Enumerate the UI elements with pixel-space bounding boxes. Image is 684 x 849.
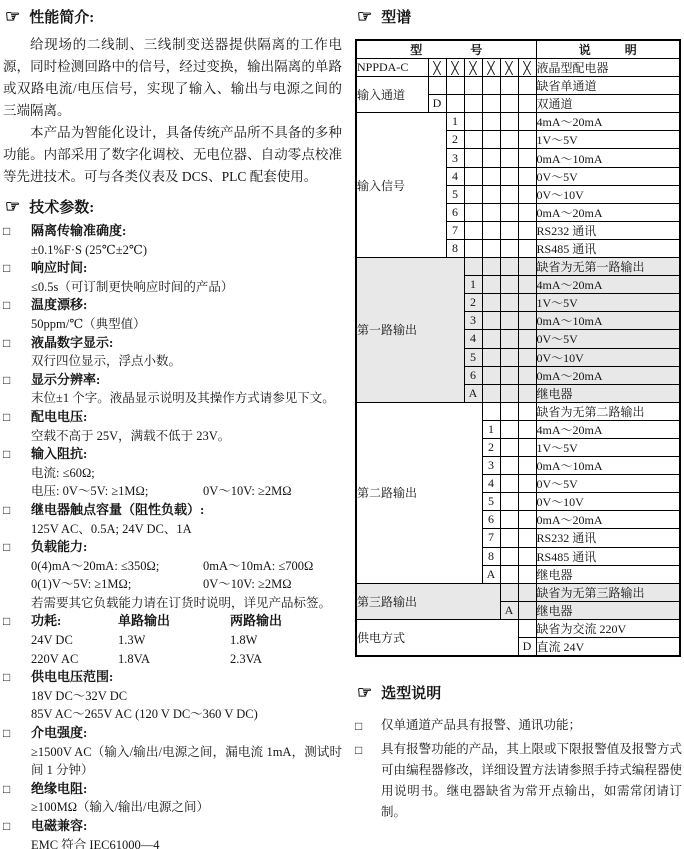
option-code-cell: 8 [482,547,500,565]
option-code-cell: 3 [446,149,464,167]
param-value-line: ≤0.5s（可订制更快响应时间的产品） [3,278,342,297]
empty-code-cell [518,149,536,167]
param-value: 0V～10V: ≥2MΩ [203,482,342,501]
option-code-cell [500,583,518,601]
empty-code-cell [464,167,482,185]
option-code-cell: 2 [446,131,464,149]
header-char: 型 [410,41,422,58]
power-column-header: 两路输出 [230,612,342,631]
empty-code-cell [464,221,482,239]
param-term-row: □负载能力: [3,538,342,557]
pointing-hand-icon: ☞ [5,8,20,25]
square-bullet-icon: □ [3,371,31,390]
option-code-cell [482,402,500,420]
option-row: 第三路输出缺省为无第三路输出 [356,583,680,601]
selection-item: □具有报警功能的产品，其上限或下限报警值及报警方式可由编程器修改，详细设置方法请… [355,739,682,823]
option-desc-cell: RS485 通讯 [536,547,680,565]
intro-title: 性能简介: [29,6,94,27]
param-term-row: □电磁兼容: [3,817,342,836]
empty-code-cell [500,384,518,402]
param-value-line: ±0.1%F·S (25℃±2℃) [3,241,342,260]
empty-code-cell [446,77,464,95]
empty-code-cell [482,348,500,366]
empty-code-cell [500,402,518,420]
pointing-hand-icon: ☞ [357,684,372,701]
empty-code-cell [518,438,536,456]
param-value-pair: 电压: 0V～5V: ≥1MΩ;0V～10V: ≥2MΩ [3,482,342,501]
power-value: 1.3W [118,631,230,650]
empty-code-cell [464,203,482,221]
option-code-cell: 5 [446,185,464,203]
option-desc-cell: 0mA～20mA [536,366,680,384]
param-term-row: □温度漂移: [3,296,342,315]
option-code-cell: 7 [446,221,464,239]
param-value-line: ≥1500V AC（输入/输出/电源之间，漏电流 1mA，测试时间 1 分钟） [3,743,342,780]
empty-code-cell [518,511,536,529]
option-code-cell: D [428,95,446,113]
empty-code-cell [500,348,518,366]
power-value: 1.8VA [118,650,230,669]
empty-code-cell [518,77,536,95]
param-term-row: □功耗:单路输出两路输出 [3,612,342,631]
power-header-row: 功耗:单路输出两路输出 [31,612,342,631]
option-desc-cell: 0V～5V [536,167,680,185]
power-value: 1.8W [230,631,342,650]
params-title: 技术参数: [29,196,94,217]
option-desc-cell: 直流 24V [536,638,680,657]
option-desc-cell: 缺省为无第三路输出 [536,583,680,601]
empty-code-cell [500,420,518,438]
option-desc-cell: 0mA～10mA [536,457,680,475]
empty-code-cell [518,583,536,601]
power-value: 24V DC [31,631,118,650]
description-header: 说明 [536,40,680,59]
option-code-cell: 6 [482,511,500,529]
empty-code-cell [518,601,536,619]
empty-code-cell [518,330,536,348]
empty-code-cell [518,348,536,366]
param-term-row: □输入阻抗: [3,445,342,464]
empty-code-cell [518,529,536,547]
section-label-cell: 第一路输出 [356,258,464,403]
empty-code-cell [482,366,500,384]
param-value-line: EMC 符合 IEC61000—4 [3,836,342,849]
selection-text: 具有报警功能的产品，其上限或下限报警值及报警方式可由编程器修改，详细设置方法请参… [381,739,682,823]
header-char: 号 [470,41,482,58]
option-desc-cell: 0V～10V [536,185,680,203]
param-term-row: □继电器触点容量（阻性负载）: [3,501,342,520]
section-label-cell: 第二路输出 [356,402,482,583]
option-code-cell: D [518,638,536,657]
power-value-row: 220V AC1.8VA2.3VA [3,650,342,669]
option-desc-cell: 0mA～20mA [536,511,680,529]
power-value: 2.3VA [230,650,342,669]
empty-code-cell [500,565,518,583]
square-bullet-icon: □ [3,817,31,836]
header-char: 明 [625,41,637,58]
pointing-hand-icon: ☞ [5,198,20,215]
empty-code-cell [518,131,536,149]
empty-code-cell [500,221,518,239]
section-label-cell: 供电方式 [356,619,518,656]
option-desc-cell: 双通道 [536,95,680,113]
param-term-row: □供电电压范围: [3,668,342,687]
square-bullet-icon: □ [3,538,31,557]
option-desc-cell: RS232 通讯 [536,221,680,239]
section-label-cell: 第三路输出 [356,583,500,619]
option-desc-cell: 0mA～20mA [536,203,680,221]
empty-code-cell [518,547,536,565]
empty-code-cell [500,529,518,547]
empty-code-cell [518,221,536,239]
param-term: 隔离传输准确度: [31,222,126,241]
right-column: ☞ 型谱 型号说明NPPDA-C╳╳╳╳╳╳液晶型配电器输入通道缺省单通道D双通… [355,4,682,849]
option-code-cell: 2 [482,438,500,456]
param-term: 响应时间: [31,259,87,278]
param-item: □绝缘电阻:≥100MΩ（输入/输出/电源之间） [3,780,342,817]
param-value: 0(4)mA～20mA: ≤350Ω; [31,557,203,576]
param-term: 电磁兼容: [31,817,87,836]
empty-code-cell [518,113,536,131]
empty-code-cell [518,167,536,185]
square-bullet-icon: □ [3,780,31,799]
option-code-cell: 3 [464,312,482,330]
option-code-cell [464,258,482,276]
option-code-cell: 7 [482,529,500,547]
selection-title: 选型说明 [381,682,441,703]
table-header-row: 型号说明 [356,40,680,59]
option-desc-cell: 继电器 [536,565,680,583]
option-code-cell: 6 [446,203,464,221]
empty-code-cell [464,149,482,167]
param-item: □负载能力:0(4)mA～20mA: ≤350Ω;0mA～10mA: ≤700Ω… [3,538,342,612]
option-desc-cell: 0V～10V [536,348,680,366]
empty-code-cell [446,95,464,113]
selection-text: 仅单通道产品具有报警、通讯功能； [381,715,682,737]
option-desc-cell: 缺省为交流 220V [536,619,680,637]
empty-code-cell [464,95,482,113]
section-label-cell: 输入通道 [356,77,428,113]
empty-code-cell [464,113,482,131]
model-code-cross: ╳ [446,59,464,77]
empty-code-cell [518,402,536,420]
square-bullet-icon: □ [3,668,31,687]
empty-code-cell [518,294,536,312]
option-desc-cell: 缺省为无第二路输出 [536,402,680,420]
param-item: □隔离传输准确度:±0.1%F·S (25℃±2℃) [3,222,342,259]
param-term-row: □液晶数字显示: [3,334,342,353]
empty-code-cell [500,475,518,493]
empty-code-cell [500,149,518,167]
option-code-cell: 1 [464,276,482,294]
model-code-cross: ╳ [482,59,500,77]
square-bullet-icon: □ [3,296,31,315]
empty-code-cell [482,294,500,312]
model-number-header: 型号 [356,40,536,59]
empty-code-cell [500,239,518,257]
param-value: 0V～10V: ≥2MΩ [203,575,342,594]
product-model-row: NPPDA-C╳╳╳╳╳╳液晶型配电器 [356,59,680,77]
empty-code-cell [482,149,500,167]
option-code-cell: 4 [482,475,500,493]
option-desc-cell: 0mA～10mA [536,312,680,330]
option-code-cell: 3 [482,457,500,475]
param-term: 输入阻抗: [31,445,87,464]
param-term-row: □介电强度: [3,724,342,743]
option-desc-cell: 0mA～10mA [536,149,680,167]
empty-code-cell [482,113,500,131]
empty-code-cell [500,294,518,312]
param-item: □配电电压:空载不高于 25V，满载不低于 23V。 [3,408,342,445]
option-desc-cell: 缺省为无第一路输出 [536,258,680,276]
param-term: 绝缘电阻: [31,780,87,799]
param-term: 介电强度: [31,724,87,743]
empty-code-cell [500,258,518,276]
intro-heading: ☞ 性能简介: [5,6,342,27]
param-value-line: 50ppm/℃（典型值） [3,315,342,334]
option-desc-cell: RS485 通讯 [536,239,680,257]
param-value-line: 电流: ≤60Ω; [3,464,342,483]
pointing-hand-icon: ☞ [357,8,372,25]
param-term: 配电电压: [31,408,87,427]
param-term-row: □隔离传输准确度: [3,222,342,241]
empty-code-cell [500,547,518,565]
empty-code-cell [482,276,500,294]
option-code-cell: 6 [464,366,482,384]
option-code-cell: 5 [464,348,482,366]
param-item: □继电器触点容量（阻性负载）:125V AC、0.5A; 24V DC、1A [3,501,342,538]
model-spectrum-table: 型号说明NPPDA-C╳╳╳╳╳╳液晶型配电器输入通道缺省单通道D双通道输入信号… [355,39,681,657]
square-bullet-icon: □ [3,222,31,241]
param-term: 负载能力: [31,538,87,557]
empty-code-cell [500,493,518,511]
square-bullet-icon: □ [3,408,31,427]
option-code-cell: A [464,384,482,402]
option-desc-cell: 4mA～20mA [536,276,680,294]
empty-code-cell [482,258,500,276]
empty-code-cell [464,131,482,149]
param-term: 供电电压范围: [31,668,113,687]
empty-code-cell [518,239,536,257]
empty-code-cell [518,312,536,330]
empty-code-cell [500,185,518,203]
option-desc-cell: 缺省单通道 [536,77,680,95]
selection-item: □仅单通道产品具有报警、通讯功能； [355,715,682,737]
param-value-line: 双行四位显示，浮点小数。 [3,352,342,371]
empty-code-cell [464,77,482,95]
empty-code-cell [482,131,500,149]
empty-code-cell [500,77,518,95]
option-desc-cell: 继电器 [536,601,680,619]
param-value-pair: 0(1)V～5V: ≥1MΩ;0V～10V: ≥2MΩ [3,575,342,594]
param-value: 0(1)V～5V: ≥1MΩ; [31,575,203,594]
empty-code-cell [500,312,518,330]
option-desc-cell: 0V～10V [536,493,680,511]
param-term-row: □显示分辨率: [3,371,342,390]
product-model-cell: NPPDA-C [356,59,428,77]
empty-code-cell [500,113,518,131]
param-term-row: □响应时间: [3,259,342,278]
option-code-cell: 8 [446,239,464,257]
empty-code-cell [482,95,500,113]
empty-code-cell [464,185,482,203]
empty-code-cell [518,95,536,113]
empty-code-cell [482,185,500,203]
selection-heading: ☞ 选型说明 [357,682,682,703]
params-heading: ☞ 技术参数: [5,196,342,217]
param-value-pair: 0(4)mA～20mA: ≤350Ω;0mA～10mA: ≤700Ω [3,557,342,576]
option-code-cell: 4 [446,167,464,185]
empty-code-cell [464,239,482,257]
empty-code-cell [500,167,518,185]
param-value-line: 空载不高于 25V，满载不低于 23V。 [3,427,342,446]
spectrum-heading: ☞ 型谱 [357,6,682,27]
param-item: □电磁兼容:EMC 符合 IEC61000—4 [3,817,342,849]
param-item: □输入阻抗:电流: ≤60Ω;电压: 0V～5V: ≥1MΩ;0V～10V: ≥… [3,445,342,501]
model-code-cross: ╳ [500,59,518,77]
square-bullet-icon: □ [355,739,381,823]
option-desc-cell: 1V～5V [536,438,680,456]
option-row: 输入通道缺省单通道 [356,77,680,95]
option-row: 供电方式缺省为交流 220V [356,619,680,637]
product-desc-cell: 液晶型配电器 [536,59,680,77]
square-bullet-icon: □ [3,445,31,464]
power-value-row: 24V DC1.3W1.8W [3,631,342,650]
power-column-header: 单路输出 [118,612,230,631]
empty-code-cell [482,312,500,330]
model-code-cross: ╳ [518,59,536,77]
model-code-cross: ╳ [428,59,446,77]
empty-code-cell [482,330,500,348]
param-term: 显示分辨率: [31,371,100,390]
param-item: □液晶数字显示:双行四位显示，浮点小数。 [3,334,342,371]
option-desc-cell: 0V～5V [536,330,680,348]
option-desc-cell: 4mA～20mA [536,420,680,438]
param-item: □显示分辨率:末位±1 个字。液晶显示说明及其操作方式请参见下文。 [3,371,342,408]
empty-code-cell [482,203,500,221]
datasheet-page: ☞ 性能简介: 给现场的二线制、三线制变送器提供隔离的工作电源，同时检测回路中的… [0,0,684,849]
header-char: 说 [579,41,591,58]
param-item: □供电电压范围:18V DC～32V DC85V AC～265V AC (120… [3,668,342,724]
option-desc-cell: 1V～5V [536,131,680,149]
param-value-line: 末位±1 个字。液晶显示说明及其操作方式请参见下文。 [3,389,342,408]
section-label-cell: 输入信号 [356,113,446,258]
empty-code-cell [500,366,518,384]
empty-code-cell [518,366,536,384]
param-value-line: 18V DC～32V DC [3,687,342,706]
option-row: 第一路输出缺省为无第一路输出 [356,258,680,276]
option-code-cell [518,619,536,637]
intro-paragraph: 本产品为智能化设计，具备传统产品所不具备的多种功能。内部采用了数字化调校、无电位… [3,122,342,188]
option-code-cell: 2 [464,294,482,312]
empty-code-cell [518,203,536,221]
intro-paragraphs: 给现场的二线制、三线制变送器提供隔离的工作电源，同时检测回路中的信号，经过变换，… [3,34,342,188]
option-code-cell: A [500,601,518,619]
empty-code-cell [482,239,500,257]
option-code-cell [428,77,446,95]
param-term: 功耗: [31,612,118,631]
empty-code-cell [482,384,500,402]
option-code-cell: A [482,565,500,583]
param-term-row: □绝缘电阻: [3,780,342,799]
option-row: 第二路输出缺省为无第二路输出 [356,402,680,420]
option-code-cell: 1 [482,420,500,438]
param-term: 液晶数字显示: [31,334,113,353]
param-value-line: ≥100MΩ（输入/输出/电源之间） [3,798,342,817]
param-value-line: 125V AC、0.5A; 24V DC、1A [3,520,342,539]
square-bullet-icon: □ [3,612,31,631]
square-bullet-icon: □ [3,724,31,743]
empty-code-cell [500,203,518,221]
empty-code-cell [518,475,536,493]
params-list: □隔离传输准确度:±0.1%F·S (25℃±2℃)□响应时间:≤0.5s（可订… [3,222,342,849]
option-desc-cell: 0V～5V [536,475,680,493]
empty-code-cell [518,457,536,475]
empty-code-cell [518,493,536,511]
option-code-cell: 5 [482,493,500,511]
option-row: 输入信号14mA～20mA [356,113,680,131]
selection-list: □仅单通道产品具有报警、通讯功能；□具有报警功能的产品，其上限或下限报警值及报警… [355,715,682,823]
empty-code-cell [518,384,536,402]
param-item: □介电强度:≥1500V AC（输入/输出/电源之间，漏电流 1mA，测试时间 … [3,724,342,780]
empty-code-cell [518,258,536,276]
param-value: 0mA～10mA: ≤700Ω [203,557,342,576]
option-desc-cell: 继电器 [536,384,680,402]
power-value: 220V AC [31,650,118,669]
empty-code-cell [500,131,518,149]
param-term-row: □配电电压: [3,408,342,427]
model-code-cross: ╳ [464,59,482,77]
empty-code-cell [500,457,518,475]
empty-code-cell [500,95,518,113]
param-value-line: 85V AC～265V AC (120 V DC～360 V DC) [3,705,342,724]
param-item: □温度漂移:50ppm/℃（典型值） [3,296,342,333]
square-bullet-icon: □ [3,334,31,353]
empty-code-cell [482,167,500,185]
spectrum-title: 型谱 [381,6,411,27]
empty-code-cell [482,77,500,95]
param-term: 温度漂移: [31,296,87,315]
option-desc-cell: 1V～5V [536,294,680,312]
empty-code-cell [500,511,518,529]
option-desc-cell: RS232 通讯 [536,529,680,547]
empty-code-cell [518,420,536,438]
intro-paragraph: 给现场的二线制、三线制变送器提供隔离的工作电源，同时检测回路中的信号，经过变换，… [3,34,342,122]
empty-code-cell [500,276,518,294]
param-value-line: 若需要其它负载能力请在订货时说明，详见产品标签。 [3,594,342,613]
param-item: □功耗:单路输出两路输出24V DC1.3W1.8W220V AC1.8VA2.… [3,612,342,668]
empty-code-cell [500,438,518,456]
square-bullet-icon: □ [3,501,31,520]
empty-code-cell [500,330,518,348]
empty-code-cell [518,276,536,294]
empty-code-cell [518,565,536,583]
empty-code-cell [482,221,500,239]
empty-code-cell [518,185,536,203]
option-code-cell: 1 [446,113,464,131]
square-bullet-icon: □ [355,715,381,737]
option-desc-cell: 4mA～20mA [536,113,680,131]
param-value: 电压: 0V～5V: ≥1MΩ; [31,482,203,501]
param-item: □响应时间:≤0.5s（可订制更快响应时间的产品） [3,259,342,296]
param-term: 继电器触点容量（阻性负载）: [31,501,204,520]
left-column: ☞ 性能简介: 给现场的二线制、三线制变送器提供隔离的工作电源，同时检测回路中的… [3,4,342,849]
square-bullet-icon: □ [3,259,31,278]
option-code-cell: 4 [464,330,482,348]
